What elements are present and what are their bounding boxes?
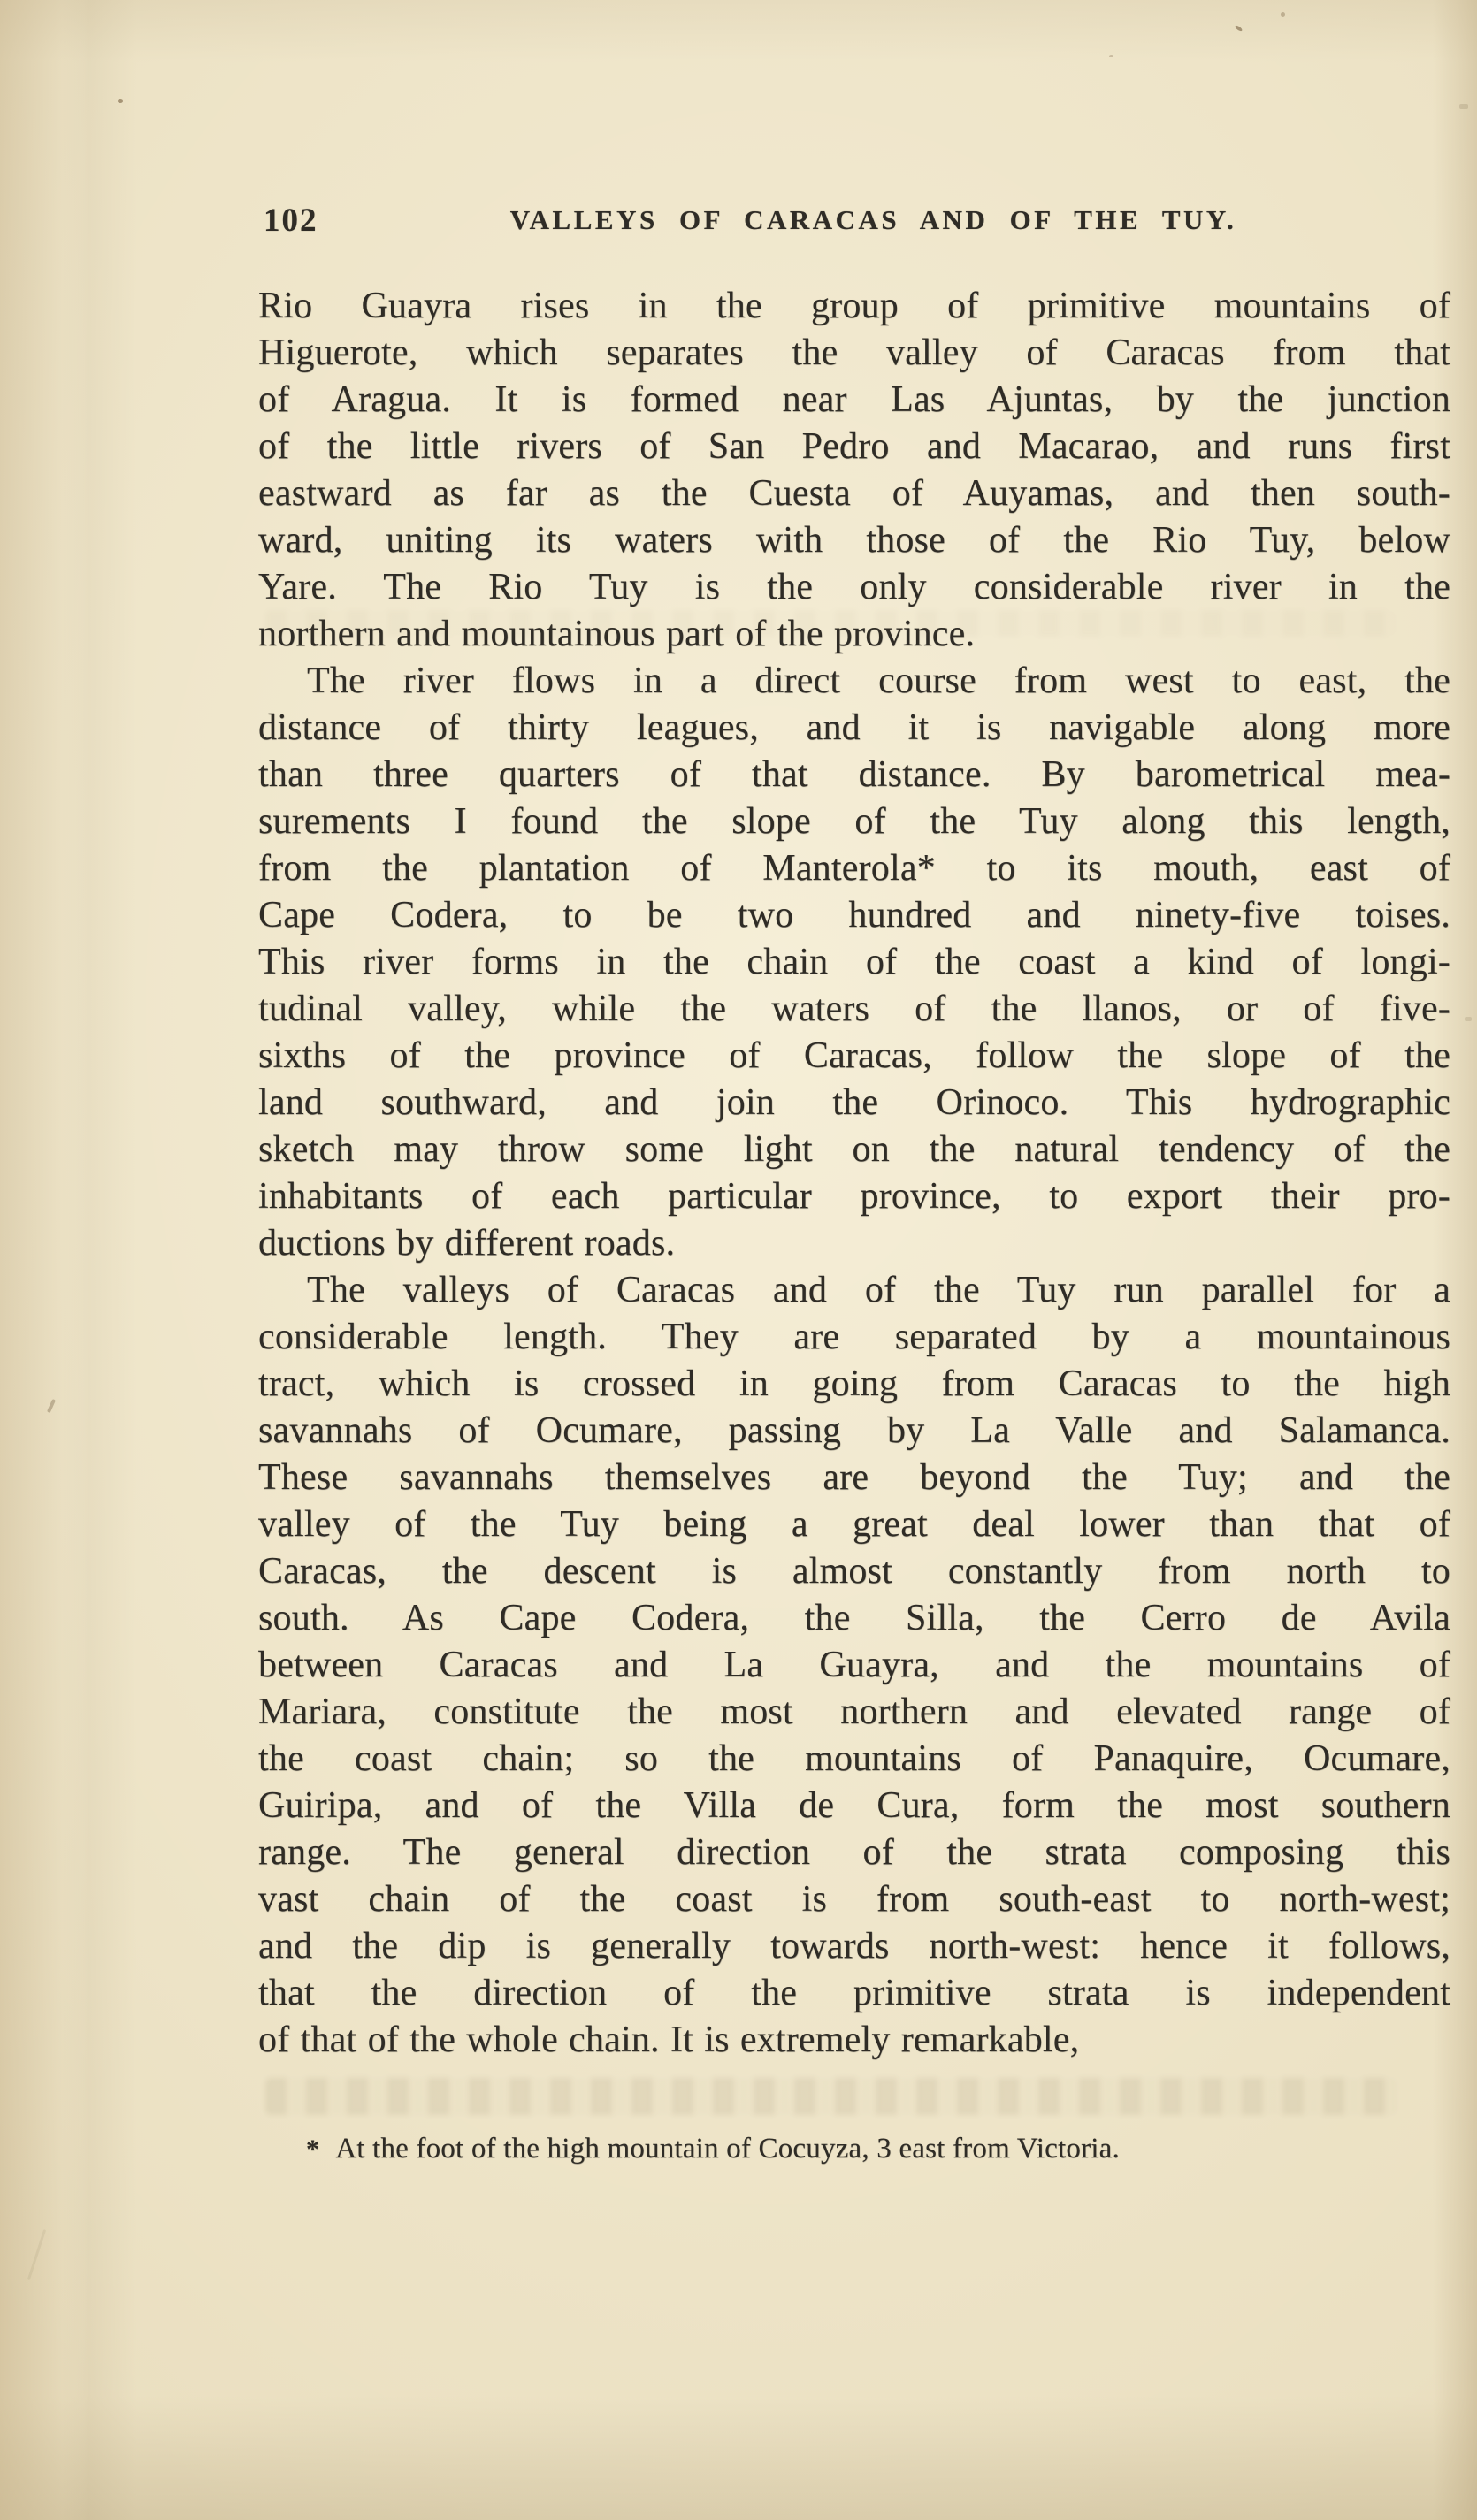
footnote-text: At the foot of the high mountain of Cocu… <box>335 2133 1120 2165</box>
scan-edge-mark <box>1465 1017 1472 1021</box>
text-line: of the little rivers of San Pedro and Ma… <box>258 424 1450 470</box>
text-line: These savannahs themselves are beyond th… <box>258 1455 1450 1501</box>
text-line: savannahs of Ocumare, passing by La Vall… <box>258 1408 1450 1455</box>
scan-speck <box>1235 25 1244 32</box>
footnote: *At the foot of the high mountain of Coc… <box>306 2133 1447 2165</box>
text-line: that the direction of the primitive stra… <box>258 1970 1450 2017</box>
footnote-asterisk: * <box>306 2134 319 2164</box>
text-line: Cape Codera, to be two hundred and ninet… <box>258 892 1450 939</box>
body-text: Rio Guayra rises in the group of primiti… <box>258 283 1450 2064</box>
text-line: considerable length. They are separated … <box>258 1314 1450 1361</box>
text-line: sixths of the province of Caracas, follo… <box>258 1033 1450 1080</box>
scan-crease-mark <box>27 2229 46 2280</box>
text-line: than three quarters of that distance. By… <box>258 752 1450 798</box>
scan-speck <box>1109 55 1113 57</box>
text-line: valley of the Tuy being a great deal low… <box>258 1501 1450 1548</box>
text-line: The valleys of Caracas and of the Tuy ru… <box>258 1267 1450 1314</box>
text-line: The river flows in a direct course from … <box>258 658 1450 705</box>
text-line: tudinal valley, while the waters of the … <box>258 986 1450 1033</box>
scan-speck <box>1281 12 1285 17</box>
running-title: VALLEYS OF CARACAS AND OF THE TUY. <box>447 204 1300 236</box>
text-line: Mariara, constitute the most northern an… <box>258 1689 1450 1736</box>
text-line: distance of thirty leagues, and it is na… <box>258 705 1450 752</box>
page-header: 102 VALLEYS OF CARACAS AND OF THE TUY. <box>0 202 1477 246</box>
text-line: vast chain of the coast is from south-ea… <box>258 1876 1450 1923</box>
text-line: inhabitants of each particular province,… <box>258 1173 1450 1220</box>
scan-crease-mark <box>47 1399 56 1413</box>
ink-bleed-smudge <box>265 2078 1397 2115</box>
text-line: ductions by different roads. <box>258 1220 1450 1267</box>
text-line: Higuerote, which separates the valley of… <box>258 330 1450 377</box>
text-line: south. As Cape Codera, the Silla, the Ce… <box>258 1595 1450 1642</box>
text-line: and the dip is generally towards north-w… <box>258 1923 1450 1970</box>
text-line: tract, which is crossed in going from Ca… <box>258 1361 1450 1408</box>
text-line: of that of the whole chain. It is extrem… <box>258 2017 1450 2064</box>
scan-speck <box>118 99 123 103</box>
text-line: range. The general direction of the stra… <box>258 1829 1450 1876</box>
text-line: ward, uniting its waters with those of t… <box>258 517 1450 564</box>
book-page-scan: 102 VALLEYS OF CARACAS AND OF THE TUY. R… <box>0 0 1477 2520</box>
text-line: from the plantation of Manterola* to its… <box>258 845 1450 892</box>
scan-edge-mark <box>1459 104 1468 109</box>
text-line: Caracas, the descent is almost constantl… <box>258 1548 1450 1595</box>
text-line: of Aragua. It is formed near Las Ajuntas… <box>258 377 1450 424</box>
ink-bleed-smudge <box>265 610 1397 637</box>
text-line: eastward as far as the Cuesta of Auyamas… <box>258 470 1450 517</box>
text-line: land southward, and join the Orinoco. Th… <box>258 1080 1450 1126</box>
text-line: surements I found the slope of the Tuy a… <box>258 798 1450 845</box>
text-line: This river forms in the chain of the coa… <box>258 939 1450 986</box>
text-line: Rio Guayra rises in the group of primiti… <box>258 283 1450 330</box>
text-line: between Caracas and La Guayra, and the m… <box>258 1642 1450 1689</box>
text-line: Guiripa, and of the Villa de Cura, form … <box>258 1783 1450 1829</box>
text-line: the coast chain; so the mountains of Pan… <box>258 1736 1450 1783</box>
page-number: 102 <box>264 202 318 240</box>
text-line: sketch may throw some light on the natur… <box>258 1126 1450 1173</box>
text-line: Yare. The Rio Tuy is the only considerab… <box>258 564 1450 611</box>
